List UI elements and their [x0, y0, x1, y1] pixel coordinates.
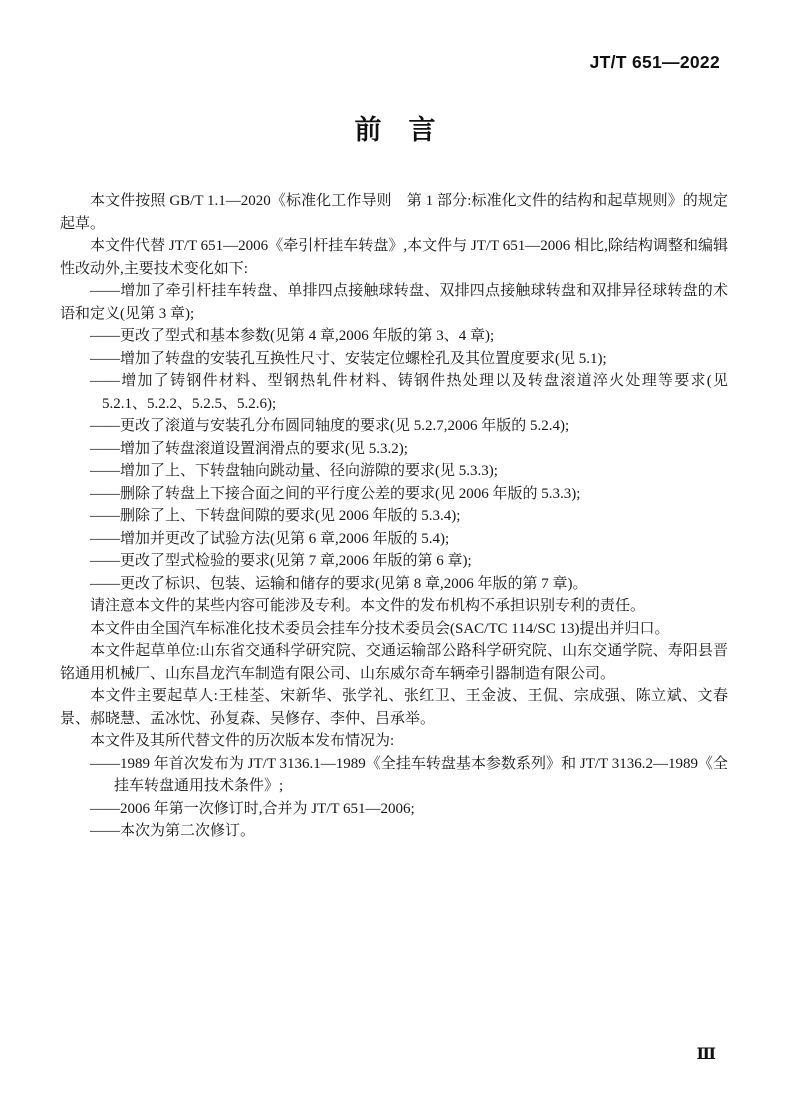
change-item-gap-deleted: ——删除了上、下转盘间隙的要求(见 2006 年版的 5.3.4); [60, 505, 728, 528]
history-item-2006: ——2006 年第一次修订时,合并为 JT/T 651—2006; [60, 798, 728, 821]
change-item-mounting-holes: ——增加了转盘的安装孔互换性尺寸、安装定位螺栓孔及其位置度要求(见 5.1); [60, 348, 728, 371]
change-item-marking-packaging: ——更改了标识、包装、运输和储存的要求(见第 8 章,2006 年版的第 7 章… [60, 573, 728, 596]
para-drafting-organizations: 本文件起草单位:山东省交通科学研究院、交通运输部公路科学研究院、山东交通学院、寿… [60, 640, 728, 685]
para-replaces-previous-edition: 本文件代替 JT/T 651—2006《牵引杆挂车转盘》,本文件与 JT/T 6… [60, 235, 728, 280]
change-item-terms-definitions: ——增加了牵引杆挂车转盘、单排四点接触球转盘、双排四点接触球转盘和双排异径球转盘… [60, 280, 728, 325]
para-main-drafters: 本文件主要起草人:王桂荃、宋新华、张学礼、张红卫、王金波、王侃、宗成强、陈立斌、… [60, 685, 728, 730]
change-item-runout-clearance: ——增加了上、下转盘轴向跳动量、径向游隙的要求(见 5.3.3); [60, 460, 728, 483]
page-title: 前 言 [0, 108, 790, 147]
para-committee-attribution: 本文件由全国汽车标准化技术委员会挂车分技术委员会(SAC/TC 114/SC 1… [60, 618, 728, 641]
document-page: JT/T 651—2022 前 言 本文件按照 GB/T 1.1—2020《标准… [0, 0, 790, 1112]
para-drafting-basis: 本文件按照 GB/T 1.1—2020《标准化工作导则 第 1 部分:标准化文件… [60, 190, 728, 235]
change-item-parallelism-deleted: ——删除了转盘上下接合面之间的平行度公差的要求(见 2006 年版的 5.3.3… [60, 483, 728, 506]
page-footer: Ⅲ [697, 1044, 716, 1064]
history-item-1989: ——1989 年首次发布为 JT/T 3136.1—1989《全挂车转盘基本参数… [60, 753, 728, 798]
para-version-history-intro: 本文件及其所代替文件的历次版本发布情况为: [60, 730, 728, 753]
standard-number: JT/T 651—2022 [590, 52, 720, 72]
change-item-coaxiality: ——更改了滚道与安装孔分布圆同轴度的要求(见 5.2.7,2006 年版的 5.… [60, 415, 728, 438]
change-item-lubrication-points: ——增加了转盘滚道设置润滑点的要求(见 5.3.2); [60, 438, 728, 461]
change-item-test-methods: ——增加并更改了试验方法(见第 6 章,2006 年版的 5.4); [60, 528, 728, 551]
history-item-current-revision: ——本次为第二次修订。 [60, 820, 728, 843]
document-body: 本文件按照 GB/T 1.1—2020《标准化工作导则 第 1 部分:标准化文件… [60, 190, 728, 843]
change-item-basic-parameters: ——更改了型式和基本参数(见第 4 章,2006 年版的第 3、4 章); [60, 325, 728, 348]
page-number: Ⅲ [697, 1046, 716, 1063]
change-item-type-inspection: ——更改了型式检验的要求(见第 7 章,2006 年版的第 6 章); [60, 550, 728, 573]
change-item-materials-treatment: ——增加了铸钢件材料、型钢热轧件材料、铸钢件热处理以及转盘滚道淬火处理等要求(见… [60, 370, 728, 415]
page-header: JT/T 651—2022 [58, 52, 720, 73]
para-patent-notice: 请注意本文件的某些内容可能涉及专利。本文件的发布机构不承担识别专利的责任。 [60, 595, 728, 618]
